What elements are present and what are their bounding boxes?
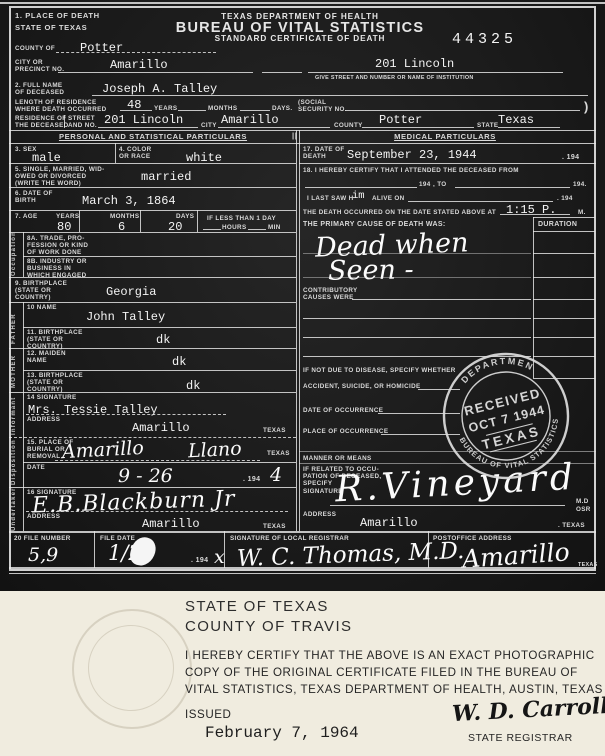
local-registrar-label: SIGNATURE OF LOCAL REGISTRAR <box>230 535 349 542</box>
undertaker-side-label: Undertaker <box>11 489 17 531</box>
fullname-value: Joseph A. Talley <box>102 83 217 95</box>
father-name-value: John Talley <box>86 311 165 323</box>
footer-certify-line-2: COPY OF THE ORIGINAL CERTIFICATE FILED I… <box>185 666 578 679</box>
burial-year-hand: 4 <box>270 466 282 485</box>
rule <box>9 487 296 488</box>
burial-date-hand: 9 - 26 <box>118 467 173 486</box>
street-no-label-2: AND NO. <box>68 122 97 129</box>
rule <box>98 127 198 128</box>
residence-label-2: THE DECEASED <box>15 122 69 129</box>
rule <box>203 229 221 230</box>
burial-date-label: DATE <box>27 464 45 471</box>
rule <box>455 187 570 188</box>
physician-md-label: M.D <box>576 498 589 505</box>
death-time-m-label: M. <box>578 209 586 216</box>
rule <box>248 229 266 230</box>
footer-certify-line-3: VITAL STATISTICS, TEXAS DEPARTMENT OF HE… <box>185 683 603 696</box>
file-date-year-print: . 194 <box>191 557 208 565</box>
father-side-label: FATHER <box>11 308 17 344</box>
rule <box>9 567 596 569</box>
not-disease-label-2: ACCIDENT, SUICIDE, OR HOMICIDE <box>303 383 421 390</box>
rule <box>92 95 588 96</box>
section-personal-header: PERSONAL AND STATISTICAL PARTICULARS <box>10 133 296 142</box>
paren-mark: ) <box>584 100 589 115</box>
ssn-label-2: SECURITY NO. <box>298 106 347 113</box>
rule <box>120 110 152 111</box>
rule <box>26 414 226 415</box>
years-label: YEARS <box>154 105 177 112</box>
rule <box>9 302 296 303</box>
rule <box>352 299 531 300</box>
rule <box>362 127 474 128</box>
rule <box>533 318 595 319</box>
rule <box>303 277 531 278</box>
physician-address-label: ADDRESS <box>303 511 336 518</box>
last-saw-pre-label: I LAST SAW H <box>307 195 354 202</box>
burial-year-print: . 194 <box>243 476 260 484</box>
rule <box>498 127 560 128</box>
marital-value: married <box>141 171 191 183</box>
state-registrar-title: STATE REGISTRAR <box>468 732 573 744</box>
footer-state-line: STATE OF TEXAS <box>185 598 329 615</box>
certified-death-certificate-copy: 1. PLACE OF DEATH STATE OF TEXAS TEXAS D… <box>0 0 605 756</box>
rule <box>115 143 116 163</box>
rule <box>330 505 565 506</box>
state-small-label: STATE <box>477 122 498 129</box>
rule <box>23 232 24 277</box>
footer-county-line: COUNTY OF TRAVIS <box>185 618 352 635</box>
certify-line: 18. I HEREBY CERTIFY THAT I ATTENDED THE… <box>303 167 519 174</box>
father-birthplace-value: dk <box>156 334 170 346</box>
city-value: Amarillo <box>110 59 168 71</box>
rule <box>240 110 270 111</box>
city-small-label: CITY <box>201 122 217 129</box>
rule <box>305 187 417 188</box>
county-small-label: COUNTY <box>334 122 363 129</box>
rule <box>303 253 531 254</box>
undertaker-address-label: ADDRESS <box>27 513 60 520</box>
certify-194-a: 194 <box>419 181 431 188</box>
physician-address-value: Amarillo <box>360 517 418 529</box>
burial-place-hand-2: Llano <box>188 440 243 462</box>
rule <box>23 370 296 371</box>
rule <box>140 210 141 232</box>
column-divider <box>296 130 297 531</box>
rule <box>197 210 198 232</box>
residence-county-value: Potter <box>379 114 422 126</box>
age-less-than-day-label: IF LESS THAN 1 DAY <box>207 215 276 222</box>
disposition-side-label: Disposition <box>11 439 17 485</box>
dept-title-3: STANDARD CERTIFICATE OF DEATH <box>150 34 450 43</box>
place-of-death-label: 1. PLACE OF DEATH <box>15 12 100 21</box>
photostat-negative: 1. PLACE OF DEATH STATE OF TEXAS TEXAS D… <box>0 0 605 591</box>
age-label: 7. AGE <box>15 213 38 220</box>
rule <box>58 72 253 73</box>
state-of-texas-label: STATE OF TEXAS <box>15 24 87 33</box>
file-number-value: 5,9 <box>28 546 58 565</box>
film-edge-line <box>0 2 605 4</box>
rule <box>533 299 595 300</box>
rule <box>9 348 296 349</box>
rule <box>9 143 596 144</box>
rule <box>500 214 570 215</box>
county-label: COUNTY OF <box>15 45 55 52</box>
rule <box>262 72 302 73</box>
duration-label: DURATION <box>538 221 577 229</box>
rule <box>64 115 65 128</box>
rule <box>23 487 24 531</box>
primary-cause-label: THE PRIMARY CAUSE OF DEATH WAS: <box>303 221 446 229</box>
residence-length-label-2: WHERE DEATH OCCURRED <box>15 106 107 113</box>
rule <box>9 437 296 438</box>
rule <box>345 110 580 111</box>
death-occurred-line: THE DEATH OCCURRED ON THE DATE STATED AB… <box>303 209 496 216</box>
undertaker-address-value: Amarillo <box>142 518 200 530</box>
city-label-2: PRECINCT NO. <box>15 66 64 73</box>
date-of-death-label-2: DEATH <box>303 153 326 160</box>
contributory-label-2: CAUSES WERE <box>303 294 354 301</box>
rule <box>9 392 296 393</box>
state-registrar-signature: W. D. Carroll <box>451 693 605 727</box>
footer-issued-label: ISSUED <box>185 708 231 721</box>
border-outer-line <box>9 573 596 574</box>
undertaker-state-label: TEXAS <box>263 523 286 530</box>
age-min-label: MIN <box>268 224 281 231</box>
fullname-label-2: OF DECEASED <box>15 89 64 96</box>
rule <box>303 337 531 338</box>
dob-label-2: BIRTH <box>15 197 36 204</box>
color-label-2: OR RACE <box>119 153 151 160</box>
certify-to-label: , TO <box>433 181 447 188</box>
physician-address-state-label: . TEXAS <box>558 522 585 529</box>
rule <box>79 210 80 232</box>
street-value: 201 Lincoln <box>375 58 454 70</box>
burial-state-label: TEXAS <box>267 450 290 457</box>
rule <box>533 277 595 278</box>
rule <box>56 52 216 53</box>
column-divider-2 <box>299 130 300 531</box>
rule <box>533 231 595 232</box>
footer-issued-date: February 7, 1964 <box>205 724 359 742</box>
street-hint: GIVE STREET AND NUMBER OR NAME OF INSTIT… <box>315 75 474 81</box>
manner-means-label: MANNER OR MEANS <box>303 455 372 462</box>
certification-footer: STATE OF TEXAS COUNTY OF TRAVIS I HEREBY… <box>0 591 605 756</box>
rule <box>178 110 206 111</box>
residence-state-value: Texas <box>498 114 534 126</box>
informant-side-label: Informant <box>11 395 17 435</box>
residence-city-value: Amarillo <box>221 114 279 126</box>
occupation-side-label: Occupation <box>11 234 17 276</box>
birthplace-label-3: COUNTRY) <box>15 294 51 301</box>
occupation-related-label-3: SPECIFY <box>303 480 332 487</box>
maiden-name-label-2: NAME <box>27 357 47 364</box>
months-label: MONTHS <box>208 105 237 112</box>
certificate-number: 44325 <box>452 32 517 47</box>
rule <box>299 163 596 164</box>
rule <box>533 253 595 254</box>
last-saw-post-label: ALIVE ON <box>372 195 405 202</box>
last-saw-194: . 194 <box>557 195 573 202</box>
rule <box>26 511 288 512</box>
file-date-hand-mark: x <box>214 548 225 567</box>
occurrence-date-label: DATE OF OCCURRENCE <box>303 407 383 414</box>
informant-signature-label: 14 SIGNATURE <box>27 394 77 401</box>
rule <box>9 531 596 533</box>
rule <box>303 318 531 319</box>
mother-side-label: MOTHER <box>11 352 17 388</box>
cause-of-death-hand-2: Seen - <box>328 256 414 284</box>
file-number-label: 20 FILE NUMBER <box>14 535 71 542</box>
rule <box>23 327 296 328</box>
industry-label-3: WHICH ENGAGED <box>27 272 86 279</box>
father-name-label: 10 NAME <box>27 304 57 311</box>
residence-street-value: 201 Lincoln <box>104 114 183 126</box>
birthplace-value: Georgia <box>106 286 156 298</box>
rule <box>9 277 296 278</box>
rule <box>9 210 296 211</box>
rule <box>55 460 260 461</box>
occurrence-place-label: PLACE OF OCCURRENCE <box>303 428 388 435</box>
rule <box>308 72 563 73</box>
rule <box>9 163 296 164</box>
date-of-death-value: September 23, 1944 <box>347 149 477 161</box>
duration-box-top <box>533 217 595 218</box>
maiden-name-value: dk <box>172 356 186 368</box>
age-hours-label: HOURS <box>222 224 247 231</box>
days-label: DAYS. <box>272 105 292 112</box>
rule <box>23 462 296 463</box>
informant-state-label: TEXAS <box>263 427 286 434</box>
rule <box>218 127 330 128</box>
rule <box>408 201 553 202</box>
physician-osr-label: OSR <box>576 506 591 513</box>
date-of-death-year-print: . 194 <box>562 154 579 162</box>
dob-value: March 3, 1864 <box>82 195 176 207</box>
rule <box>23 302 24 348</box>
rule <box>9 232 296 233</box>
section-medical-header: MEDICAL PARTICULARS <box>300 133 590 142</box>
last-saw-him-typed: im <box>352 191 365 202</box>
informant-address-value: Amarillo <box>132 422 190 434</box>
rule <box>23 256 296 257</box>
certify-194-b: 194. <box>573 181 587 188</box>
rule <box>9 187 296 188</box>
rule <box>94 531 95 568</box>
burial-place-hand-1: Amarillo <box>62 439 145 462</box>
rule <box>9 130 596 131</box>
rule <box>23 392 24 437</box>
footer-certify-line-1: I HEREBY CERTIFY THAT THE ABOVE IS AN EX… <box>185 649 595 662</box>
informant-address-label: ADDRESS <box>27 416 60 423</box>
mother-birthplace-value: dk <box>186 380 200 392</box>
embossed-seal-inner <box>88 625 174 711</box>
